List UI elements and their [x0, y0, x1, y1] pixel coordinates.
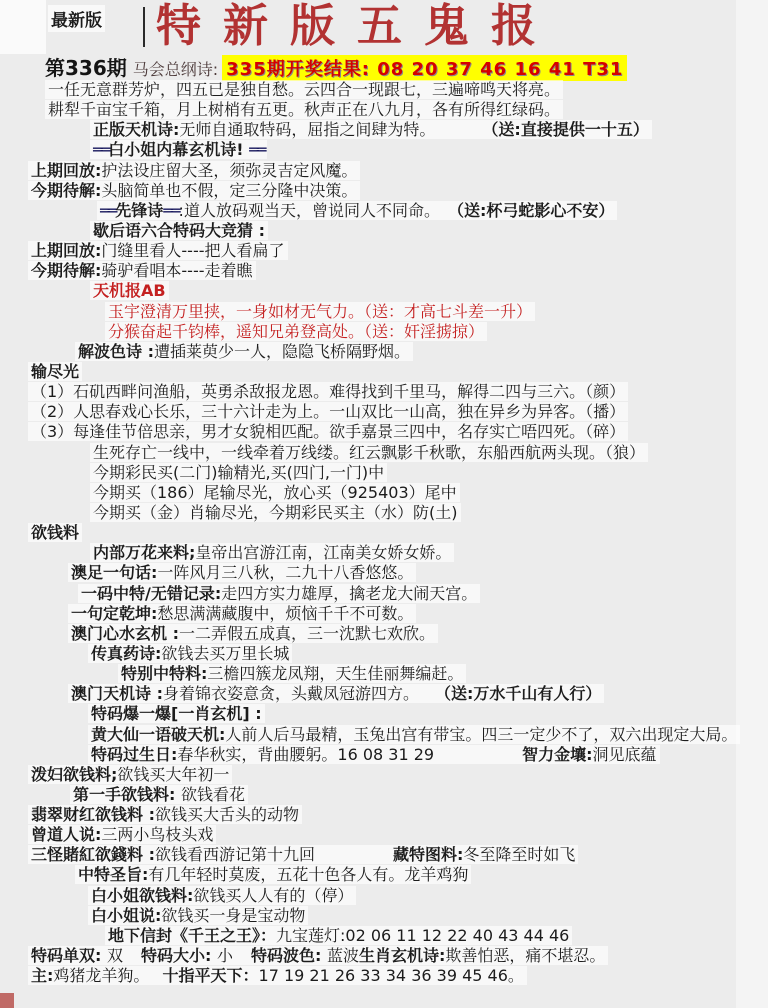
text-line-bg: 一句定乾坤:愁思满满藏腹中，烦恼千千不可数。	[68, 604, 416, 623]
text-line-bg: 曾道人说:三两小鸟枝头戏	[28, 825, 216, 844]
text-segment: 人前人后马最精，玉兔出宫有带宝。四三一定少不了，双六出现定大局。	[225, 725, 737, 744]
issue-number: 第336期	[45, 52, 127, 81]
text-line-bg: 澳门心水玄机 :一二弄假五成真，三一沈默七欢欣。	[68, 624, 438, 643]
text-line: 白小姐欲钱料:欲钱买人人有的（停）	[0, 886, 740, 906]
text-line-bg: （2）人思春戏心长乐，三十六计走为上。一山双比一山高，独在异乡为异客。（播）	[28, 402, 628, 421]
text-line-bg: 主:鸡猪龙羊狗。 十指平天下：17 19 21 26 33 34 36 39 4…	[28, 966, 527, 985]
text-segment: 遭插莱萸少一人，隐隐飞桥隔野烟。	[154, 342, 410, 361]
text-segment: 九宝莲灯:02 06 11 12 22 40 43 44 46	[276, 926, 569, 945]
text-line-bg: 一码中特/无错记录:走四方实力雄厚，擒老龙大闹天宫。	[78, 584, 480, 603]
text-line: 澳门心水玄机 :一二弄假五成真，三一沈默七欢欣。	[0, 624, 740, 644]
issue-row: 第336期 马会总纲诗: 335期开奖结果: 08 20 37 46 16 41…	[45, 52, 627, 81]
text-segment: （3）每逢佳节倍思亲，男才女貌相匹配。欲手嘉景三四中，名存实亡唔四死。（碎）	[31, 422, 625, 441]
text-line: 分猴奋起千钧棒，遥知兄弟登高处。（送：奸淫掳掠）	[0, 322, 740, 342]
corner-red-mark	[0, 993, 14, 1008]
top-left-margin	[0, 0, 46, 54]
text-line-bg: 一任无意群芳炉，四五已是独自愁。云四合一现跟七，三遍啼鸣天将亮。	[45, 80, 563, 99]
text-segment: 澳门心水玄机 :	[71, 624, 179, 643]
text-segment: 今期买（186）尾输尽光，放心买（925403）尾中	[93, 483, 457, 502]
text-line: 今期待解:骑驴看唱本----走着瞧	[0, 261, 740, 281]
text-line-bg: 上期回放:护法设庄留大圣，须弥灵吉定风魔。	[28, 161, 360, 180]
text-line-bg: 翡翠财红欲钱料 :欲钱买大舌头的动物	[28, 805, 302, 824]
text-segment: 分猴奋起千钧棒，遥知兄弟登高处。（送：奸淫掳掠）	[108, 322, 484, 341]
text-line: 特码单双: 双特码大小: 小特码波色: 蓝波生肖玄机诗:欺善怕恶，痛不堪忍。	[0, 946, 740, 966]
text-segment: 今期买（金）肖输尽光，今期彩民买主（水）防(土)	[93, 503, 458, 522]
text-line-bg: 天机报AB	[90, 281, 169, 300]
text-segment: ══	[249, 140, 264, 159]
text-line: 今期买（金）肖输尽光，今期彩民买主（水）防(土)	[0, 503, 740, 523]
text-segment: 一句定乾坤:	[71, 604, 157, 623]
text-line: 三怪賭紅欲錢料 :欲钱看西游记第十九回藏特图料:冬至降至时如飞	[0, 845, 740, 865]
text-line-bg: 特别中特料:三檐四簇龙凤翔，天生佳丽舞编赶。	[118, 664, 466, 683]
text-segment: 歇后语六合特码大竞猜 :	[93, 221, 265, 240]
text-segment: 骑驴看唱本----走着瞧	[101, 261, 252, 280]
text-line-bg: 地下信封《千王之王》：九宝莲灯:02 06 11 12 22 40 43 44 …	[105, 926, 572, 945]
five-ghost-report-page: 最新版 特新版五鬼报 第336期 马会总纲诗: 335期开奖结果: 08 20 …	[0, 0, 768, 1008]
text-segment: 主:	[31, 966, 53, 985]
text-segment: 智力金壤:	[522, 745, 592, 764]
text-line-bg: 今期买（金）肖输尽光，今期彩民买主（水）防(土)	[90, 503, 461, 522]
text-line-bg: 特码单双: 双特码大小: 小特码波色: 蓝波生肖玄机诗:欺善怕恶，痛不堪忍。	[28, 946, 608, 965]
text-line: 正版天机诗:无师自通取特码，屈指之间肆为特。（送:直接提供一十五）	[0, 120, 740, 140]
text-segment: 护法设庄留大圣，须弥灵吉定风魔。	[101, 161, 357, 180]
text-segment: 输尽光	[31, 362, 79, 381]
text-line: 中特圣旨:有几年轻时莫废，五花十色各人有。龙羊鸡狗	[0, 865, 740, 885]
text-line: 玉宇澄清万里挟，一身如材无气力。（送：才高七斗差一升）	[0, 302, 740, 322]
text-segment: 上期回放:	[31, 161, 101, 180]
text-segment: 一任无意群芳炉，四五已是独自愁。云四合一现跟七，三遍啼鸣天将亮。	[48, 80, 560, 99]
text-segment: 曾道人说:	[31, 825, 101, 844]
text-segment: 白小姐内幕玄机诗!	[108, 140, 249, 159]
text-line: 一句定乾坤:愁思满满藏腹中，烦恼千千不可数。	[0, 604, 740, 624]
text-line: 地下信封《千王之王》：九宝莲灯:02 06 11 12 22 40 43 44 …	[0, 926, 740, 946]
text-line: 上期回放:门缝里看人----把人看扁了	[0, 241, 740, 261]
text-segment: 内部万花来料;	[93, 543, 195, 562]
edition-label: 最新版	[48, 5, 105, 32]
text-segment: 门缝里看人----把人看扁了	[101, 241, 284, 260]
text-line-bg: 内部万花来料;皇帝出宫游江南，江南美女娇女娇。	[90, 543, 454, 562]
text-segment: 春华秋实，背曲腰躬。16 08 31 29	[177, 745, 434, 764]
text-line-bg: 白小姐说:欲钱买一身是宝动物	[88, 906, 308, 925]
text-line: （3）每逢佳节倍思亲，男才女貌相匹配。欲手嘉景三四中，名存实亡唔四死。（碎）	[0, 422, 740, 442]
text-segment: 特码过生日:	[91, 745, 177, 764]
text-line: 曾道人说:三两小鸟枝头戏	[0, 825, 740, 845]
text-segment: （送:万水千山有人行）	[443, 684, 601, 703]
text-line: 一码中特/无错记录:走四方实力雄厚，擒老龙大闹天宫。	[0, 584, 740, 604]
text-line: 今期买（186）尾输尽光，放心买（925403）尾中	[0, 483, 740, 503]
text-line-bg: 特码爆一爆[一肖玄机] :	[88, 704, 265, 723]
text-segment: 一码中特/无错记录:	[81, 584, 221, 603]
text-segment: :道人放码观当天，曾说同人不同命。	[179, 201, 440, 220]
text-line-bg: 特码过生日:春华秋实，背曲腰躬。16 08 31 29智力金壤:洞见底蕴	[88, 745, 660, 764]
text-segment: 有几年轻时莫废，五花十色各人有。龙羊鸡狗	[148, 865, 468, 884]
text-segment: 今期待解:	[31, 181, 101, 200]
text-line-bg: 黄大仙一语破天机:人前人后马最精，玉兔出宫有带宝。四三一定少不了，双六出现定大局…	[88, 725, 740, 744]
text-line-bg: 泼妇欲钱料;欲钱买大年初一	[28, 765, 232, 784]
text-line-bg: 耕犁千亩宝千箱，月上树梢有五更。秋声正在八九月，各有所得红绿码。	[45, 100, 563, 119]
text-segment: 传真药诗:	[91, 644, 161, 663]
text-segment: 欲钱去买万里长城	[161, 644, 289, 663]
text-line-bg: 白小姐欲钱料:欲钱买人人有的（停）	[88, 886, 356, 905]
text-segment: 三檐四簇龙凤翔，天生佳丽舞编赶。	[207, 664, 463, 683]
draw-result-banner: 335期开奖结果: 08 20 37 46 16 41 T31	[222, 55, 627, 81]
text-segment: 头脑简单也不假，定三分隆中决策。	[101, 181, 357, 200]
text-line: 上期回放:护法设庄留大圣，须弥灵吉定风魔。	[0, 161, 740, 181]
text-line: 今期彩民买(二门)输精光,买(四门,一门)中	[0, 463, 740, 483]
text-segment: 澳足一句话:	[71, 563, 157, 582]
text-segment: ══	[93, 140, 108, 159]
text-segment: （2）人思春戏心长乐，三十六计走为上。一山双比一山高，独在异乡为异客。（播）	[31, 402, 625, 421]
text-segment: 17 19 21 26 33 34 36 39 45 46。	[259, 966, 524, 985]
text-line-bg: ══白小姐内幕玄机诗! ══	[90, 140, 267, 159]
text-segment: 十指平天下：	[163, 966, 259, 985]
text-line: 白小姐说:欲钱买一身是宝动物	[0, 906, 740, 926]
text-segment: 白小姐说:	[91, 906, 161, 925]
text-segment: 鸡猪龙羊狗。	[53, 966, 154, 985]
text-segment: 特码爆一爆[一肖玄机] :	[91, 704, 262, 723]
text-line-bg: 上期回放:门缝里看人----把人看扁了	[28, 241, 288, 260]
text-line: ══先锋诗══:道人放码观当天，曾说同人不同命。（送:杯弓蛇影心不安）	[0, 201, 740, 221]
text-segment: 蓝波	[327, 946, 359, 965]
text-line: 解波色诗 :遭插莱萸少一人，隐隐飞桥隔野烟。	[0, 342, 740, 362]
text-line: 耕犁千亩宝千箱，月上树梢有五更。秋声正在八九月，各有所得红绿码。	[0, 100, 740, 120]
text-line: （2）人思春戏心长乐，三十六计走为上。一山双比一山高，独在异乡为异客。（播）	[0, 402, 740, 422]
text-segment: （送:直接提供一十五）	[490, 120, 648, 139]
text-segment: 皇帝出宫游江南，江南美女娇女娇。	[195, 543, 451, 562]
text-segment: 生肖玄机诗:	[359, 946, 445, 965]
text-line-bg: 传真药诗:欲钱去买万里长城	[88, 644, 292, 663]
text-segment: 三怪賭紅欲錢料 :	[31, 845, 155, 864]
page-title: 特新版五鬼报	[156, 1, 558, 51]
text-line-bg: 今期买（186）尾输尽光，放心买（925403）尾中	[90, 483, 460, 502]
text-segment: 黄大仙一语破天机:	[91, 725, 225, 744]
text-line-bg: 玉宇澄清万里挟，一身如材无气力。（送：才高七斗差一升）	[105, 302, 535, 321]
text-line: 主:鸡猪龙羊狗。 十指平天下：17 19 21 26 33 34 36 39 4…	[0, 966, 740, 986]
content-lines: 一任无意群芳炉，四五已是独自愁。云四合一现跟七，三遍啼鸣天将亮。耕犁千亩宝千箱，…	[0, 80, 740, 986]
text-line-bg: 中特圣旨:有几年轻时莫废，五花十色各人有。龙羊鸡狗	[75, 865, 471, 884]
text-line-bg: 正版天机诗:无师自通取特码，屈指之间肆为特。（送:直接提供一十五）	[90, 120, 652, 139]
text-line: 内部万花来料;皇帝出宫游江南，江南美女娇女娇。	[0, 543, 740, 563]
text-line-bg: 今期待解:头脑简单也不假，定三分隆中决策。	[28, 181, 360, 200]
text-segment: 地下信封《千王之王》：	[108, 926, 276, 945]
text-segment: 特码波色:	[251, 946, 327, 965]
text-line: 今期待解:头脑简单也不假，定三分隆中决策。	[0, 181, 740, 201]
text-segment: 欲钱买大舌头的动物	[155, 805, 299, 824]
text-line: ══白小姐内幕玄机诗! ══	[0, 140, 740, 160]
text-segment: 正版天机诗:	[93, 120, 179, 139]
text-line-bg: 今期彩民买(二门)输精光,买(四门,一门)中	[90, 463, 387, 482]
text-line-bg: （1）石矶西畔问渔船，英勇杀敌报龙恩。难得找到千里马，解得二四与三六。（颜）	[28, 382, 628, 401]
text-segment: 一阵风月三八秋，二九十八香悠悠。	[157, 563, 413, 582]
text-segment: 欲钱看西游记第十九回	[155, 845, 315, 864]
text-line-bg: 解波色诗 :遭插莱萸少一人，隐隐飞桥隔野烟。	[75, 342, 413, 361]
text-line: 第一手欲钱料: 欲钱看花	[0, 785, 740, 805]
text-segment: 生死存亡一线中，一线牵着万线缕。红云飘影千秋歌，东船西航两头现。（狼）	[93, 443, 645, 462]
text-segment: （送:杯弓蛇影心不安）	[456, 201, 614, 220]
text-line: 黄大仙一语破天机:人前人后马最精，玉兔出宫有带宝。四三一定少不了，双六出现定大局…	[0, 725, 740, 745]
text-segment: 三两小鸟枝头戏	[101, 825, 213, 844]
text-line-bg: 三怪賭紅欲錢料 :欲钱看西游记第十九回藏特图料:冬至降至时如飞	[28, 845, 578, 864]
text-line-bg: 澳门天机诗 :身着锦衣姿意贪，头戴凤冠游四方。（送:万水千山有人行）	[68, 684, 604, 703]
text-segment: 白小姐欲钱料:	[91, 886, 193, 905]
text-line-bg: 第一手欲钱料: 欲钱看花	[70, 785, 248, 804]
text-line: 天机报AB	[0, 281, 740, 301]
text-line: 输尽光	[0, 362, 740, 382]
text-segment: 欲钱料	[31, 523, 79, 542]
text-segment: 愁思满满藏腹中，烦恼千千不可数。	[157, 604, 413, 623]
text-line-bg: ══先锋诗══:道人放码观当天，曾说同人不同命。（送:杯弓蛇影心不安）	[97, 201, 617, 220]
text-segment: 冬至降至时如飞	[463, 845, 575, 864]
text-segment: 特码大小:	[141, 946, 217, 965]
text-segment: 藏特图料:	[393, 845, 463, 864]
text-line: 翡翠财红欲钱料 :欲钱买大舌头的动物	[0, 805, 740, 825]
text-segment: 欲钱看花	[181, 785, 245, 804]
text-segment: 欲钱买大年初一	[117, 765, 229, 784]
masthead-subtitle: 马会总纲诗:	[133, 57, 218, 80]
text-line-bg: 分猴奋起千钧棒，遥知兄弟登高处。（送：奸淫掳掠）	[105, 322, 487, 341]
text-line-bg: 澳足一句话:一阵风月三八秋，二九十八香悠悠。	[68, 563, 416, 582]
text-line-bg: 欲钱料	[28, 523, 82, 542]
text-segment: 中特圣旨:	[78, 865, 148, 884]
text-segment: ══	[163, 201, 178, 220]
text-segment: 今期彩民买(二门)输精光,买(四门,一门)中	[93, 463, 384, 482]
text-line: 欲钱料	[0, 523, 740, 543]
text-segment: 无师自通取特码，屈指之间肆为特。	[179, 120, 435, 139]
text-segment: 泼妇欲钱料;	[31, 765, 117, 784]
text-segment: 解波色诗 :	[78, 342, 154, 361]
text-segment: 耕犁千亩宝千箱，月上树梢有五更。秋声正在八九月，各有所得红绿码。	[48, 100, 560, 119]
text-segment: 欲钱买一身是宝动物	[161, 906, 305, 925]
text-segment: 小	[217, 946, 233, 965]
text-segment: 欺善怕恶，痛不堪忍。	[445, 946, 605, 965]
text-segment: 第一手欲钱料:	[73, 785, 181, 804]
text-line: 泼妇欲钱料;欲钱买大年初一	[0, 765, 740, 785]
text-segment: 一二弄假五成真，三一沈默七欢欣。	[179, 624, 435, 643]
text-line: 传真药诗:欲钱去买万里长城	[0, 644, 740, 664]
text-segment: 走四方实力雄厚，擒老龙大闹天宫。	[221, 584, 477, 603]
text-segment: 特别中特料:	[121, 664, 207, 683]
text-segment: 特码单双:	[31, 946, 107, 965]
text-segment: ══	[100, 201, 115, 220]
text-line: （1）石矶西畔问渔船，英勇杀敌报龙恩。难得找到千里马，解得二四与三六。（颜）	[0, 382, 740, 402]
text-segment: 澳门天机诗 :	[71, 684, 163, 703]
text-line: 澳门天机诗 :身着锦衣姿意贪，头戴凤冠游四方。（送:万水千山有人行）	[0, 684, 740, 704]
text-segment: 先锋诗	[115, 201, 163, 220]
text-line: 澳足一句话:一阵风月三八秋，二九十八香悠悠。	[0, 563, 740, 583]
text-line-bg: 今期待解:骑驴看唱本----走着瞧	[28, 261, 256, 280]
text-line: 特码爆一爆[一肖玄机] :	[0, 704, 740, 724]
text-segment: 今期待解:	[31, 261, 101, 280]
text-segment: 双	[107, 946, 123, 965]
text-segment: 上期回放:	[31, 241, 101, 260]
text-segment: （1）石矶西畔问渔船，英勇杀敌报龙恩。难得找到千里马，解得二四与三六。（颜）	[31, 382, 625, 401]
text-line-bg: 生死存亡一线中，一线牵着万线缕。红云飘影千秋歌，东船西航两头现。（狼）	[90, 443, 648, 462]
text-segment: 身着锦衣姿意贪，头戴凤冠游四方。	[163, 684, 419, 703]
title-divider-line	[143, 7, 145, 47]
right-margin	[736, 0, 768, 1008]
text-line: 特别中特料:三檐四簇龙凤翔，天生佳丽舞编赶。	[0, 664, 740, 684]
text-segment: 欲钱买人人有的（停）	[193, 886, 353, 905]
text-line: 一任无意群芳炉，四五已是独自愁。云四合一现跟七，三遍啼鸣天将亮。	[0, 80, 740, 100]
text-line-bg: 歇后语六合特码大竞猜 :	[90, 221, 268, 240]
text-segment: 天机报AB	[93, 281, 166, 300]
text-segment: 洞见底蕴	[593, 745, 657, 764]
text-line: 歇后语六合特码大竞猜 :	[0, 221, 740, 241]
text-segment: 玉宇澄清万里挟，一身如材无气力。（送：才高七斗差一升）	[108, 302, 532, 321]
text-segment: 翡翠财红欲钱料 :	[31, 805, 155, 824]
text-line-bg: 输尽光	[28, 362, 82, 381]
text-line: 特码过生日:春华秋实，背曲腰躬。16 08 31 29智力金壤:洞见底蕴	[0, 745, 740, 765]
text-line: 生死存亡一线中，一线牵着万线缕。红云飘影千秋歌，东船西航两头现。（狼）	[0, 443, 740, 463]
text-line-bg: （3）每逢佳节倍思亲，男才女貌相匹配。欲手嘉景三四中，名存实亡唔四死。（碎）	[28, 422, 628, 441]
